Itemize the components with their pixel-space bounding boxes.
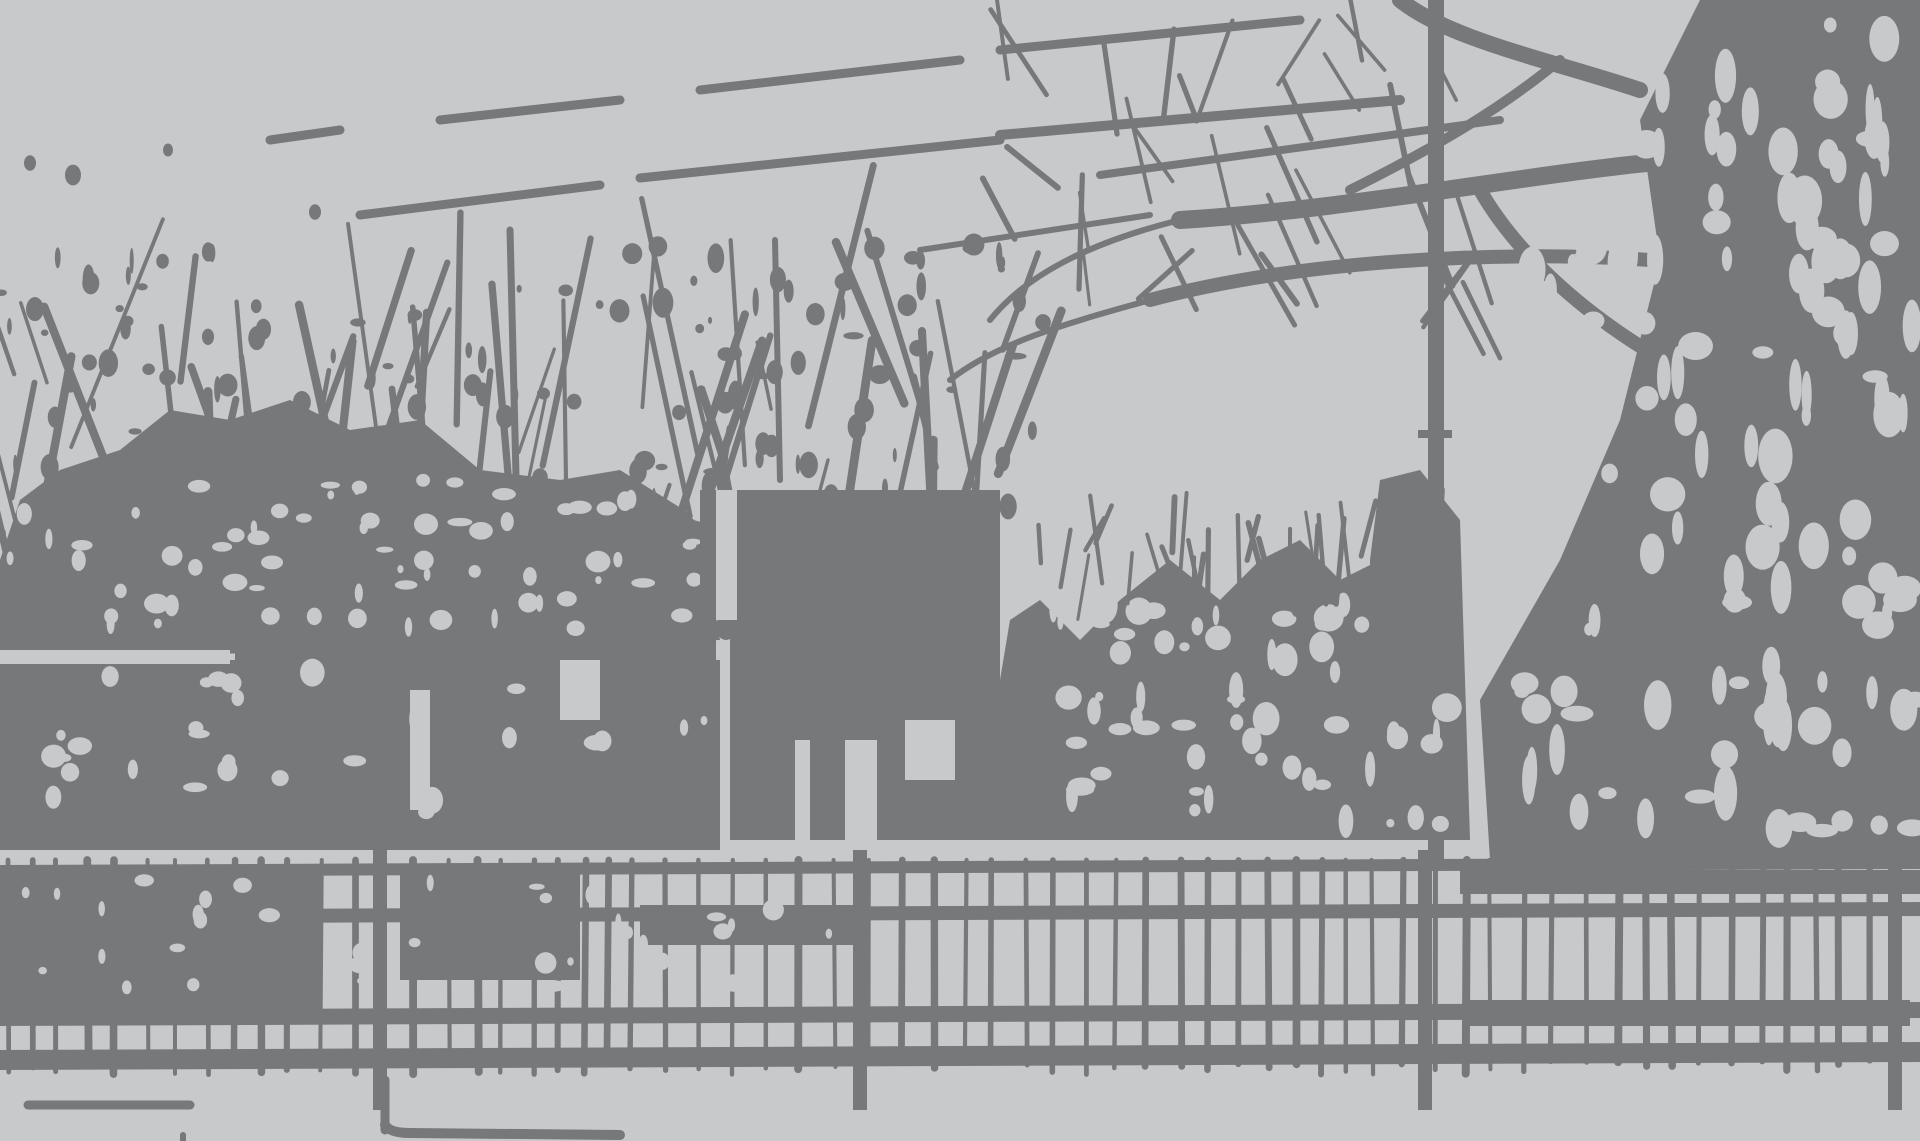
artwork-print	[0, 0, 1920, 1141]
